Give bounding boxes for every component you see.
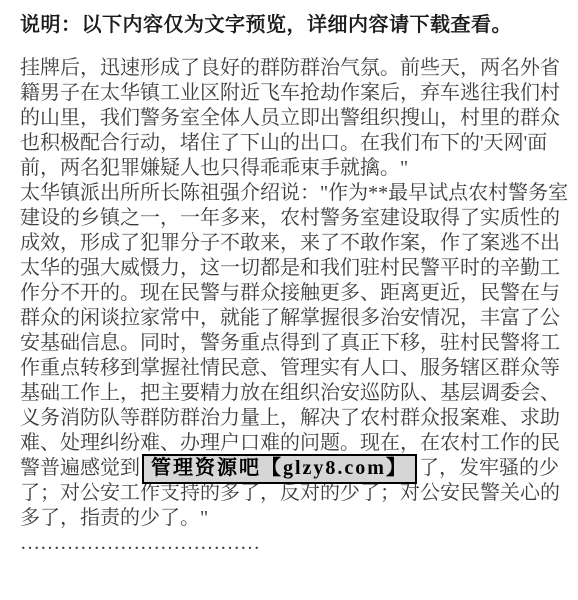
text-line: 建设的乡镇之一，一年多来，农村警务室建设取得了实质性的 (20, 206, 568, 231)
text-line: 作重点转移到掌握社情民意、管理实有人口、服务辖区群众等 (20, 356, 568, 381)
text-line: 义务消防队等群防群治力量上，解决了农村群众报案难、求助 (20, 406, 568, 431)
text-line: 群众的闲谈拉家常中，就能了解掌握很多治安情况，丰富了公 (20, 306, 568, 331)
text-line: 作分不开的。现在民警与群众接触更多、距离更近，民警在与 (20, 281, 568, 306)
text-line: 太华镇派出所所长陈祖强介绍说："作为**最早试点农村警务室 (20, 181, 568, 206)
preview-notice-text: 说明：以下内容仅为文字预览，详细内容请下载查看。 (20, 12, 512, 38)
text-line: 基础工作上，把主要精力放在组织治安巡防队、基层调委会、 (20, 381, 568, 406)
text-line: 也积极配合行动，堵住了下山的出口。在我们布下的'天网'面 (20, 131, 568, 156)
text-line: 难、处理纠纷难、办理户口难的问题。现在，在农村工作的民 (20, 431, 568, 456)
text-line: 安基础信息。同时，警务重点得到了真正下移，驻村民警将工 (20, 331, 568, 356)
text-line: 挂牌后，迅速形成了良好的群防群治气氛。前些天，两名外省 (20, 56, 568, 81)
text-line: 了；对公安工作支持的多了，反对的少了；对公安民警关心的 (20, 481, 568, 506)
text-line: 太华的强大威慑力，这一切都是和我们驻村民警平时的辛勤工 (20, 256, 568, 281)
text-line: 多了，指责的少了。" (20, 506, 568, 531)
text-line: 的山里，我们警务室全体人员立即出警组织搜山，村里的群众 (20, 106, 568, 131)
ellipsis-line: ……………………………… (20, 531, 568, 556)
text-segment-after-watermark: 了，发牢骚的少 (419, 456, 559, 481)
document-body: 挂牌后，迅速形成了良好的群防群治气氛。前些天，两名外省籍男子在太华镇工业区附近飞… (20, 56, 568, 556)
text-line: 成效，形成了犯罪分子不敢来，来了不敢作案，作了案逃不出 (20, 231, 568, 256)
document-preview-page: 说明：以下内容仅为文字预览，详细内容请下载查看。 挂牌后，迅速形成了良好的群防群… (0, 0, 578, 600)
text-line: 前，两名犯罪嫌疑人也只得乖乖束手就擒。" (20, 156, 568, 181)
text-segment-before-watermark: 警普遍感觉到 (20, 456, 140, 481)
text-line-with-watermark: 警普遍感觉到管理资源吧【glzy8.com】了，发牢骚的少 (20, 456, 568, 481)
watermark-box: 管理资源吧【glzy8.com】 (142, 454, 417, 484)
text-line: 籍男子在太华镇工业区附近飞车抢劫作案后，弃车逃往我们村 (20, 81, 568, 106)
